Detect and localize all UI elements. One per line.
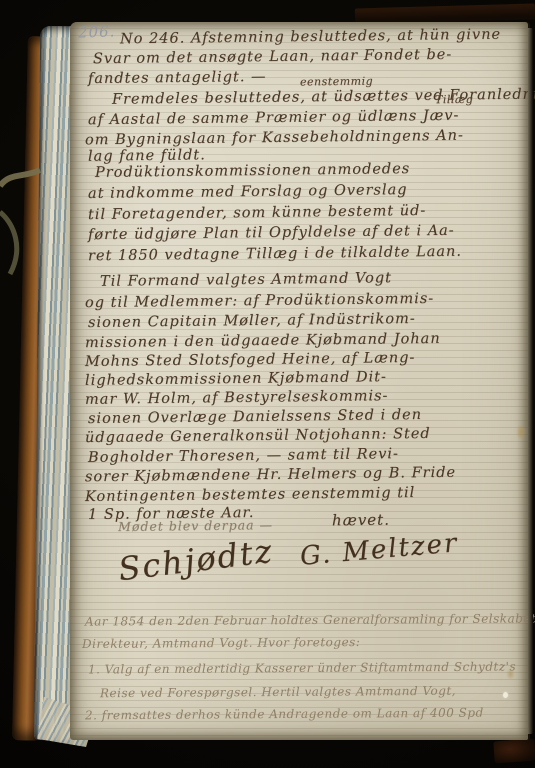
- inserted-word: eenstemmig: [300, 76, 373, 90]
- manuscript-line: Bogholder Thoresen, — samt til Revi-: [88, 446, 399, 466]
- photographed-ledger-scene: 206. No 246. Afstemning besluttedes, at …: [0, 0, 535, 768]
- next-page-edge: [528, 28, 533, 734]
- manuscript-line: om Bygningslaan for Kassebeholdningens A…: [85, 128, 464, 149]
- bookmark-ribbon-icon: [0, 160, 42, 290]
- manuscript-line: sionen Overlæge Danielssens Sted i den: [88, 407, 422, 428]
- ink-signature-left: Schjødtz: [116, 533, 275, 589]
- manuscript-line: til Foretagender, som künne bestemt üd-: [88, 203, 426, 224]
- manuscript-line: No 246. Afstemning besluttedes, at hün g…: [120, 27, 501, 48]
- manuscript-line: lighedskommissionen Kjøbmand Dit-: [85, 369, 387, 389]
- manuscript-line: lag fane füldt.: [88, 147, 206, 165]
- manuscript-line: fandtes antageligt. —: [88, 69, 267, 88]
- manuscript-line: missionen i den üdgaaede Kjøbmand Johan: [85, 331, 441, 352]
- manuscript-line: af Aastal de samme Præmier og üdlæns Jæv…: [88, 108, 460, 129]
- manuscript-line: Til Formand valgtes Amtmand Vogt: [100, 270, 392, 290]
- manuscript-line: ret 1850 vedtagne Tillæg i de tilkaldte …: [88, 244, 462, 265]
- inserted-word: Tillæg: [435, 94, 473, 107]
- manuscript-line: sionen Capitain Møller, af Indüstrikom-: [88, 311, 416, 332]
- paper-stain: [506, 668, 515, 680]
- manuscript-line: sorer Kjøbmændene Hr. Helmers og B. Frid…: [85, 465, 456, 486]
- manuscript-line: og til Medlemmer: af Prodüktionskommis-: [85, 291, 434, 312]
- addendum-line: 2. fremsattes derhos künde Andragende om…: [85, 707, 484, 724]
- manuscript-line: at indkomme med Forslag og Overslag: [88, 182, 408, 203]
- manuscript-text-block: No 246. Afstemning besluttedes, at hün g…: [70, 22, 528, 740]
- addendum-line: Direkteur, Amtmand Vogt. Hvor foretoges:: [82, 636, 360, 652]
- addendum-line: Reise ved Forespørgsel. Hertil valgtes A…: [100, 685, 456, 701]
- manuscript-line: mar W. Holm, af Bestyrelseskommis-: [85, 388, 389, 408]
- addendum-line: Aar 1854 den 2den Februar holdtes Genera…: [85, 612, 535, 629]
- manuscript-line: førte üdgjøre Plan til Opfyldelse af det…: [88, 223, 455, 244]
- book-cover-bottom-corner: [493, 739, 535, 764]
- closing-word: hævet.: [332, 512, 390, 530]
- manuscript-line: Prodüktionskommissionen anmodedes: [95, 161, 410, 182]
- closing-phrase-faint: Mødet blev derpaa —: [118, 518, 273, 534]
- manuscript-line: üdgaaede Generalkonsül Notjohann: Sted: [85, 426, 431, 447]
- paper-fleck: [503, 692, 508, 698]
- addendum-line: 1. Valg af en medlertidig Kasserer ünder…: [88, 661, 516, 678]
- manuscript-line: Svar om det ansøgte Laan, naar Fondet be…: [93, 47, 452, 68]
- manuscript-line: Mohns Sted Slotsfoged Heine, af Læng-: [85, 350, 416, 371]
- ink-signature-right: G. Meltzer: [299, 529, 460, 573]
- manuscript-line: Kontingenten bestemtes eenstemmig til: [85, 485, 415, 506]
- ledger-page: 206. No 246. Afstemning besluttedes, at …: [70, 22, 528, 740]
- paper-stain: [516, 424, 526, 440]
